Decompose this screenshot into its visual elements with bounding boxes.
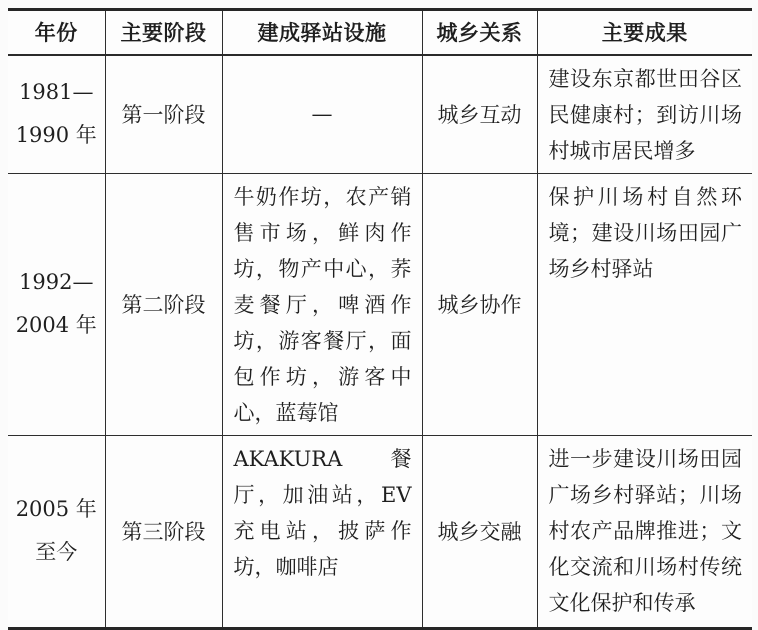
table-row-stage-3: 2005 年 至今 第三阶段 AKAKURA 餐厅，加油站，EV 充电站，披萨作… <box>8 435 752 592</box>
table-container: 年份 主要阶段 建成驿站设施 城乡关系 主要成果 1981— 1990 年 第一… <box>8 8 752 592</box>
year-cell: 1992— 2004 年 <box>8 173 105 435</box>
development-stages-table: 年份 主要阶段 建成驿站设施 城乡关系 主要成果 1981— 1990 年 第一… <box>8 8 752 592</box>
facilities-cell: — <box>222 55 422 174</box>
facilities-cell: AKAKURA 餐厅，加油站，EV 充电站，披萨作坊，咖啡店 <box>222 435 422 592</box>
year-cell: 2005 年 至今 <box>8 435 105 592</box>
stage-cell: 第二阶段 <box>105 173 222 435</box>
header-facilities: 建成驿站设施 <box>222 10 422 55</box>
achievements-cell: 建设东京都世田谷区民健康村；到访川场村城市居民增多 <box>537 55 752 174</box>
relation-cell: 城乡交融 <box>422 435 537 592</box>
facilities-cell: 牛奶作坊，农产销售市场，鲜肉作坊，物产中心，荞麦餐厅，啤酒作坊，游客餐厅，面包作… <box>222 173 422 435</box>
header-achievements: 主要成果 <box>537 10 752 55</box>
header-relation: 城乡关系 <box>422 10 537 55</box>
table-row-stage-1: 1981— 1990 年 第一阶段 — 城乡互动 建设东京都世田谷区民健康村；到… <box>8 55 752 174</box>
achievements-cell: 保护川场村自然环境；建设川场田园广场乡村驿站 <box>537 173 752 435</box>
table-row-stage-2: 1992— 2004 年 第二阶段 牛奶作坊，农产销售市场，鲜肉作坊，物产中心，… <box>8 173 752 435</box>
stage-cell: 第一阶段 <box>105 55 222 174</box>
relation-cell: 城乡协作 <box>422 173 537 435</box>
stage-cell: 第三阶段 <box>105 435 222 592</box>
achievements-cell: 进一步建设川场田园广场乡村驿站；川场村农产品牌推进；文化交流和川场村传统文化保护… <box>537 435 752 592</box>
year-cell: 1981— 1990 年 <box>8 55 105 174</box>
table-header-row: 年份 主要阶段 建成驿站设施 城乡关系 主要成果 <box>8 10 752 55</box>
header-year: 年份 <box>8 10 105 55</box>
header-stage: 主要阶段 <box>105 10 222 55</box>
relation-cell: 城乡互动 <box>422 55 537 174</box>
